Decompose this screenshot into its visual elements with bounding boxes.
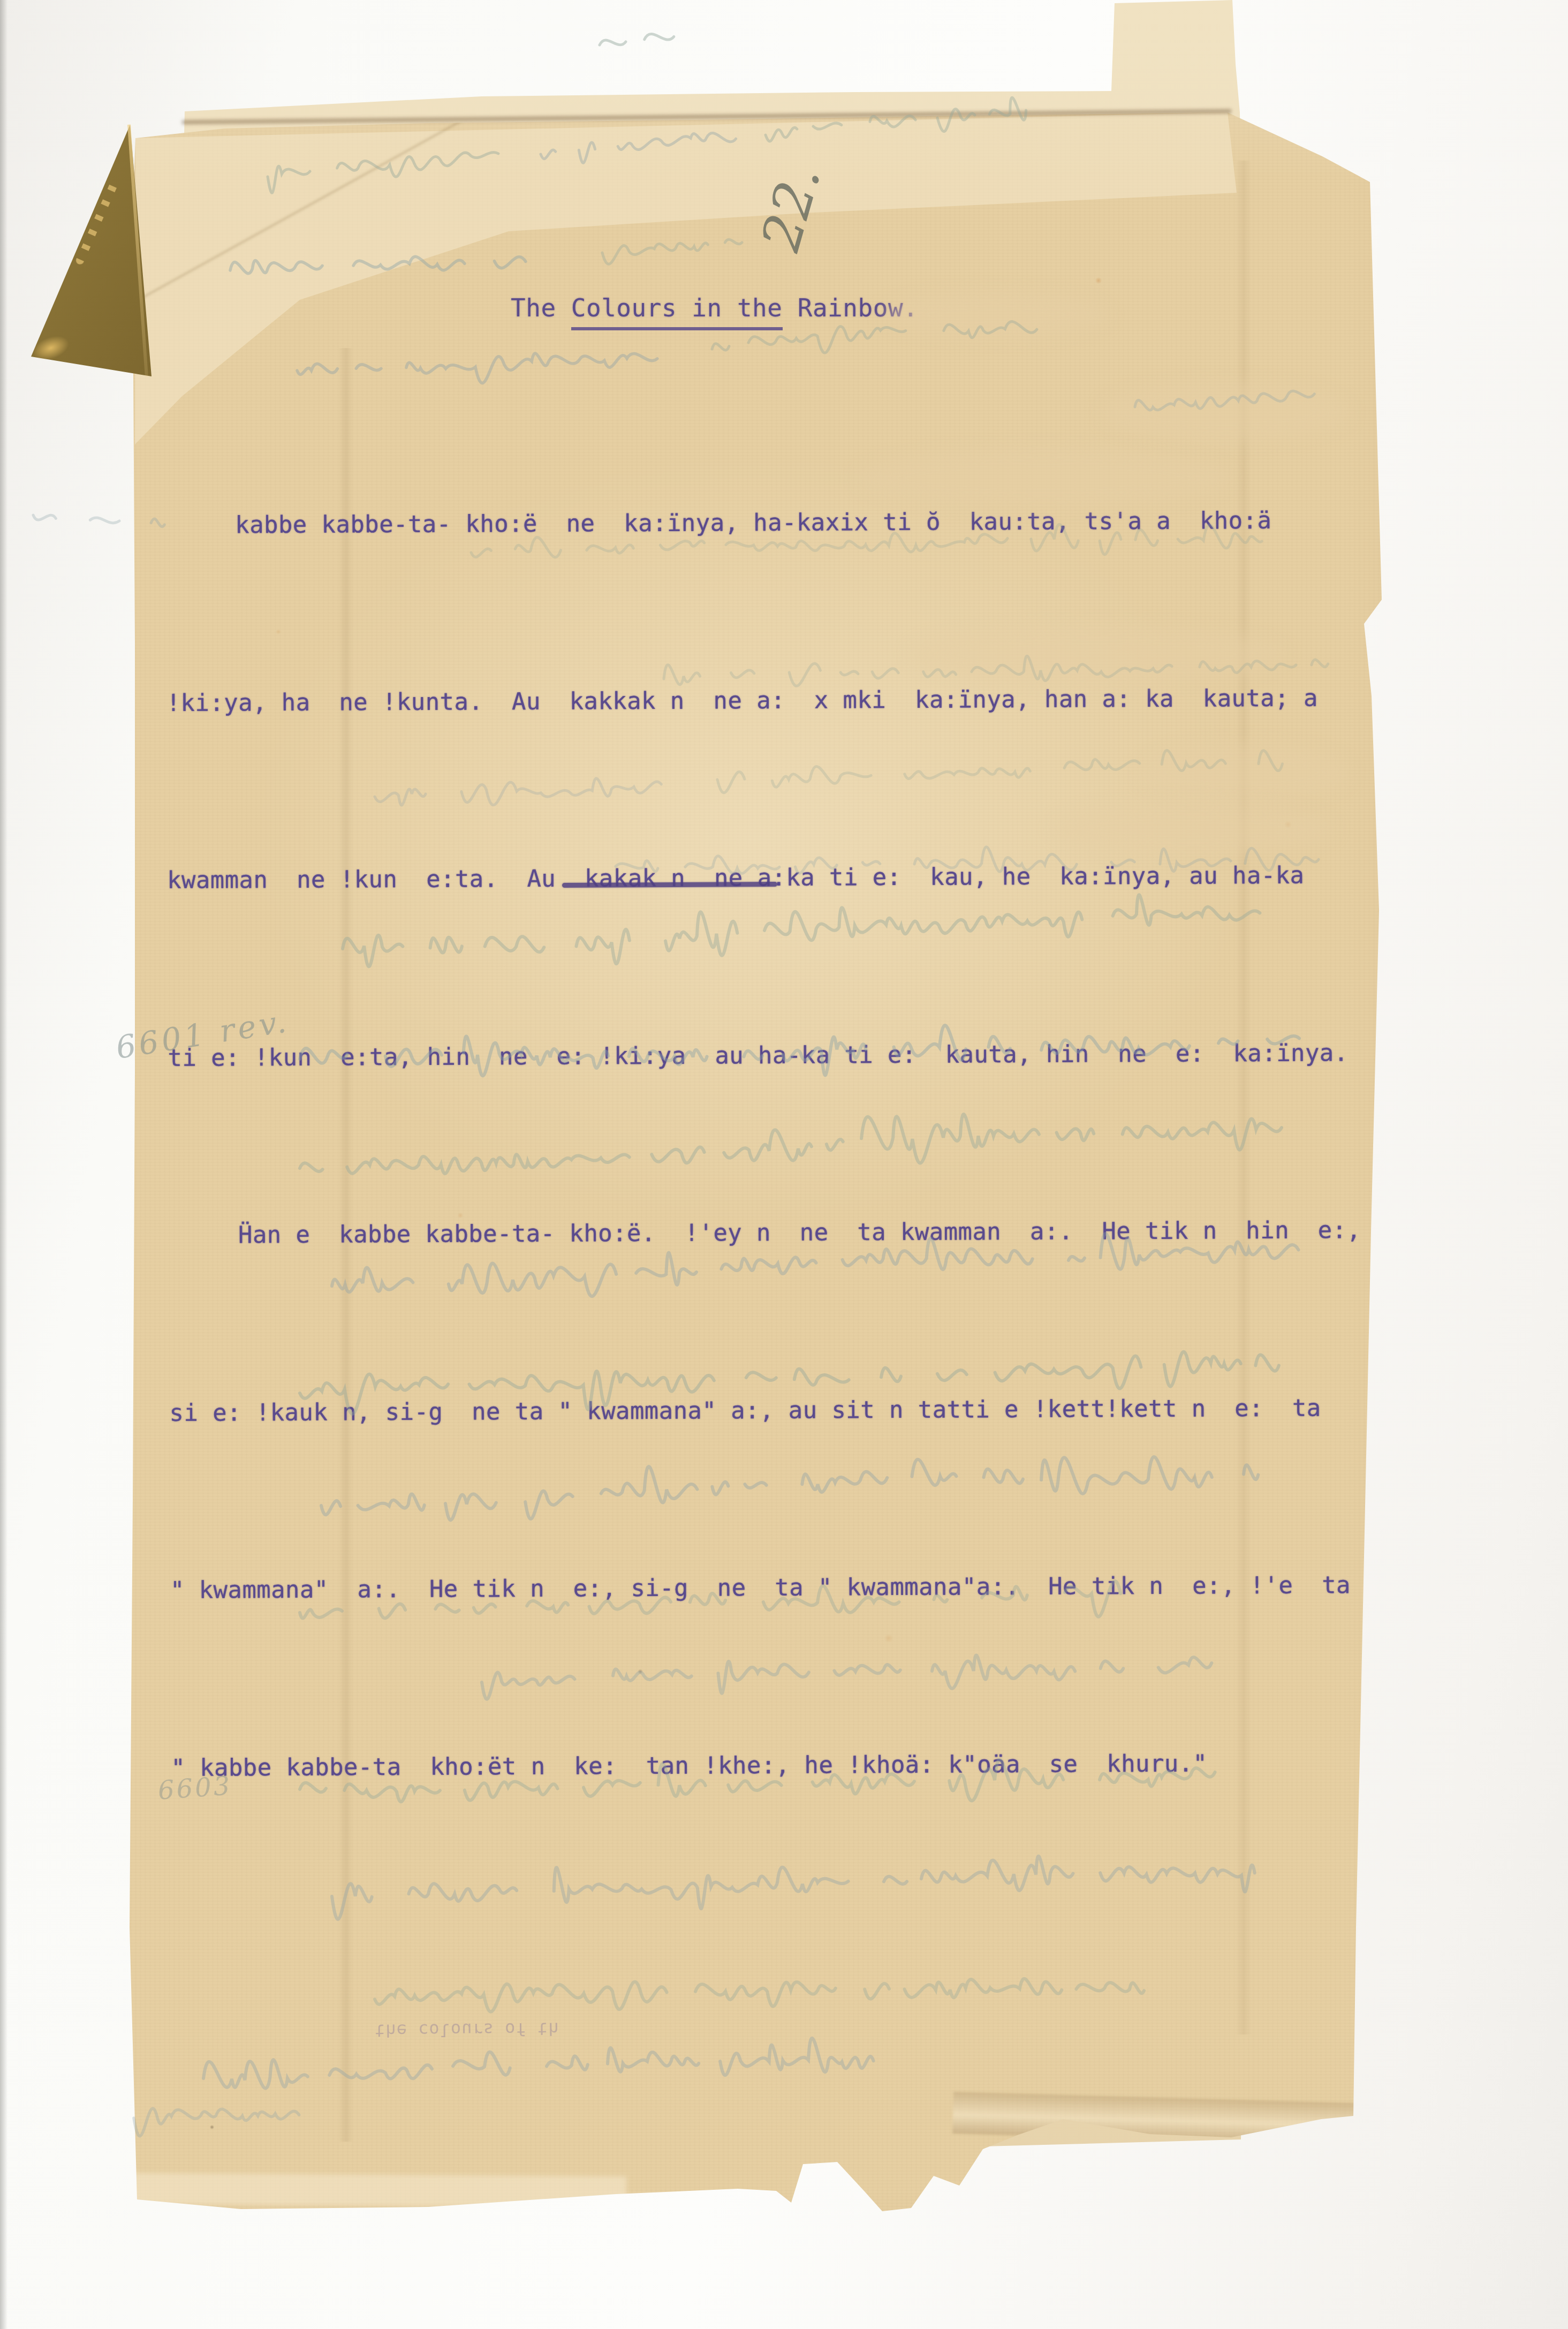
scanned-page: The Colours in the Rainbow. kabbe kabbe-… xyxy=(0,0,1568,2329)
margin-annotation-6603: 6603 xyxy=(157,1771,233,1806)
typed-line: kwamman ne !kun e:ta. Au kakak n ne a:ka… xyxy=(167,846,1430,911)
document-sheet: The Colours in the Rainbow. kabbe kabbe-… xyxy=(0,0,1568,2329)
ink-fade-patch xyxy=(1103,383,1349,442)
typed-line: Ḧan e kabbe kabbe-ta- kho:ë. !'ey n ne t… xyxy=(169,1201,1432,1266)
title-underlined-text: Colours in the xyxy=(571,293,783,330)
typed-line: kabbe kabbe-ta- kho:ë ne ka:ïnya, ha-kax… xyxy=(165,491,1429,556)
typed-line: ti e: !kun e:ta, hin ne e: !ki:ya au ha-… xyxy=(168,1023,1431,1088)
ink-fade-patch xyxy=(857,449,1231,508)
typed-line: " kwammana" a:. He tik n e:, si-g ne ta … xyxy=(170,1556,1434,1621)
typed-line: si e: !kauk n, si-g ne ta " kwammana" a:… xyxy=(169,1378,1433,1443)
ink-fade-patch xyxy=(883,292,1108,337)
ink-fade-patch xyxy=(1140,743,1349,802)
title-text: The xyxy=(511,293,571,322)
typed-line: " kabbe kabbe-ta kho:ët n ke: tan !khe:,… xyxy=(171,1733,1434,1798)
ink-fade-patch xyxy=(1055,802,1333,856)
bleedthrough-text: the colours of th xyxy=(375,2018,559,2041)
ink-fade-patch xyxy=(910,625,1285,684)
torn-edge-highlight xyxy=(134,2173,626,2207)
typed-text-block: kabbe kabbe-ta- kho:ë ne ka:ïnya, ha-kax… xyxy=(165,373,1435,1916)
typed-line: !ki:ya, ha ne !kunta. Au kakkak n ne a: … xyxy=(166,668,1429,733)
document-title: The Colours in the Rainbow. xyxy=(511,293,918,322)
